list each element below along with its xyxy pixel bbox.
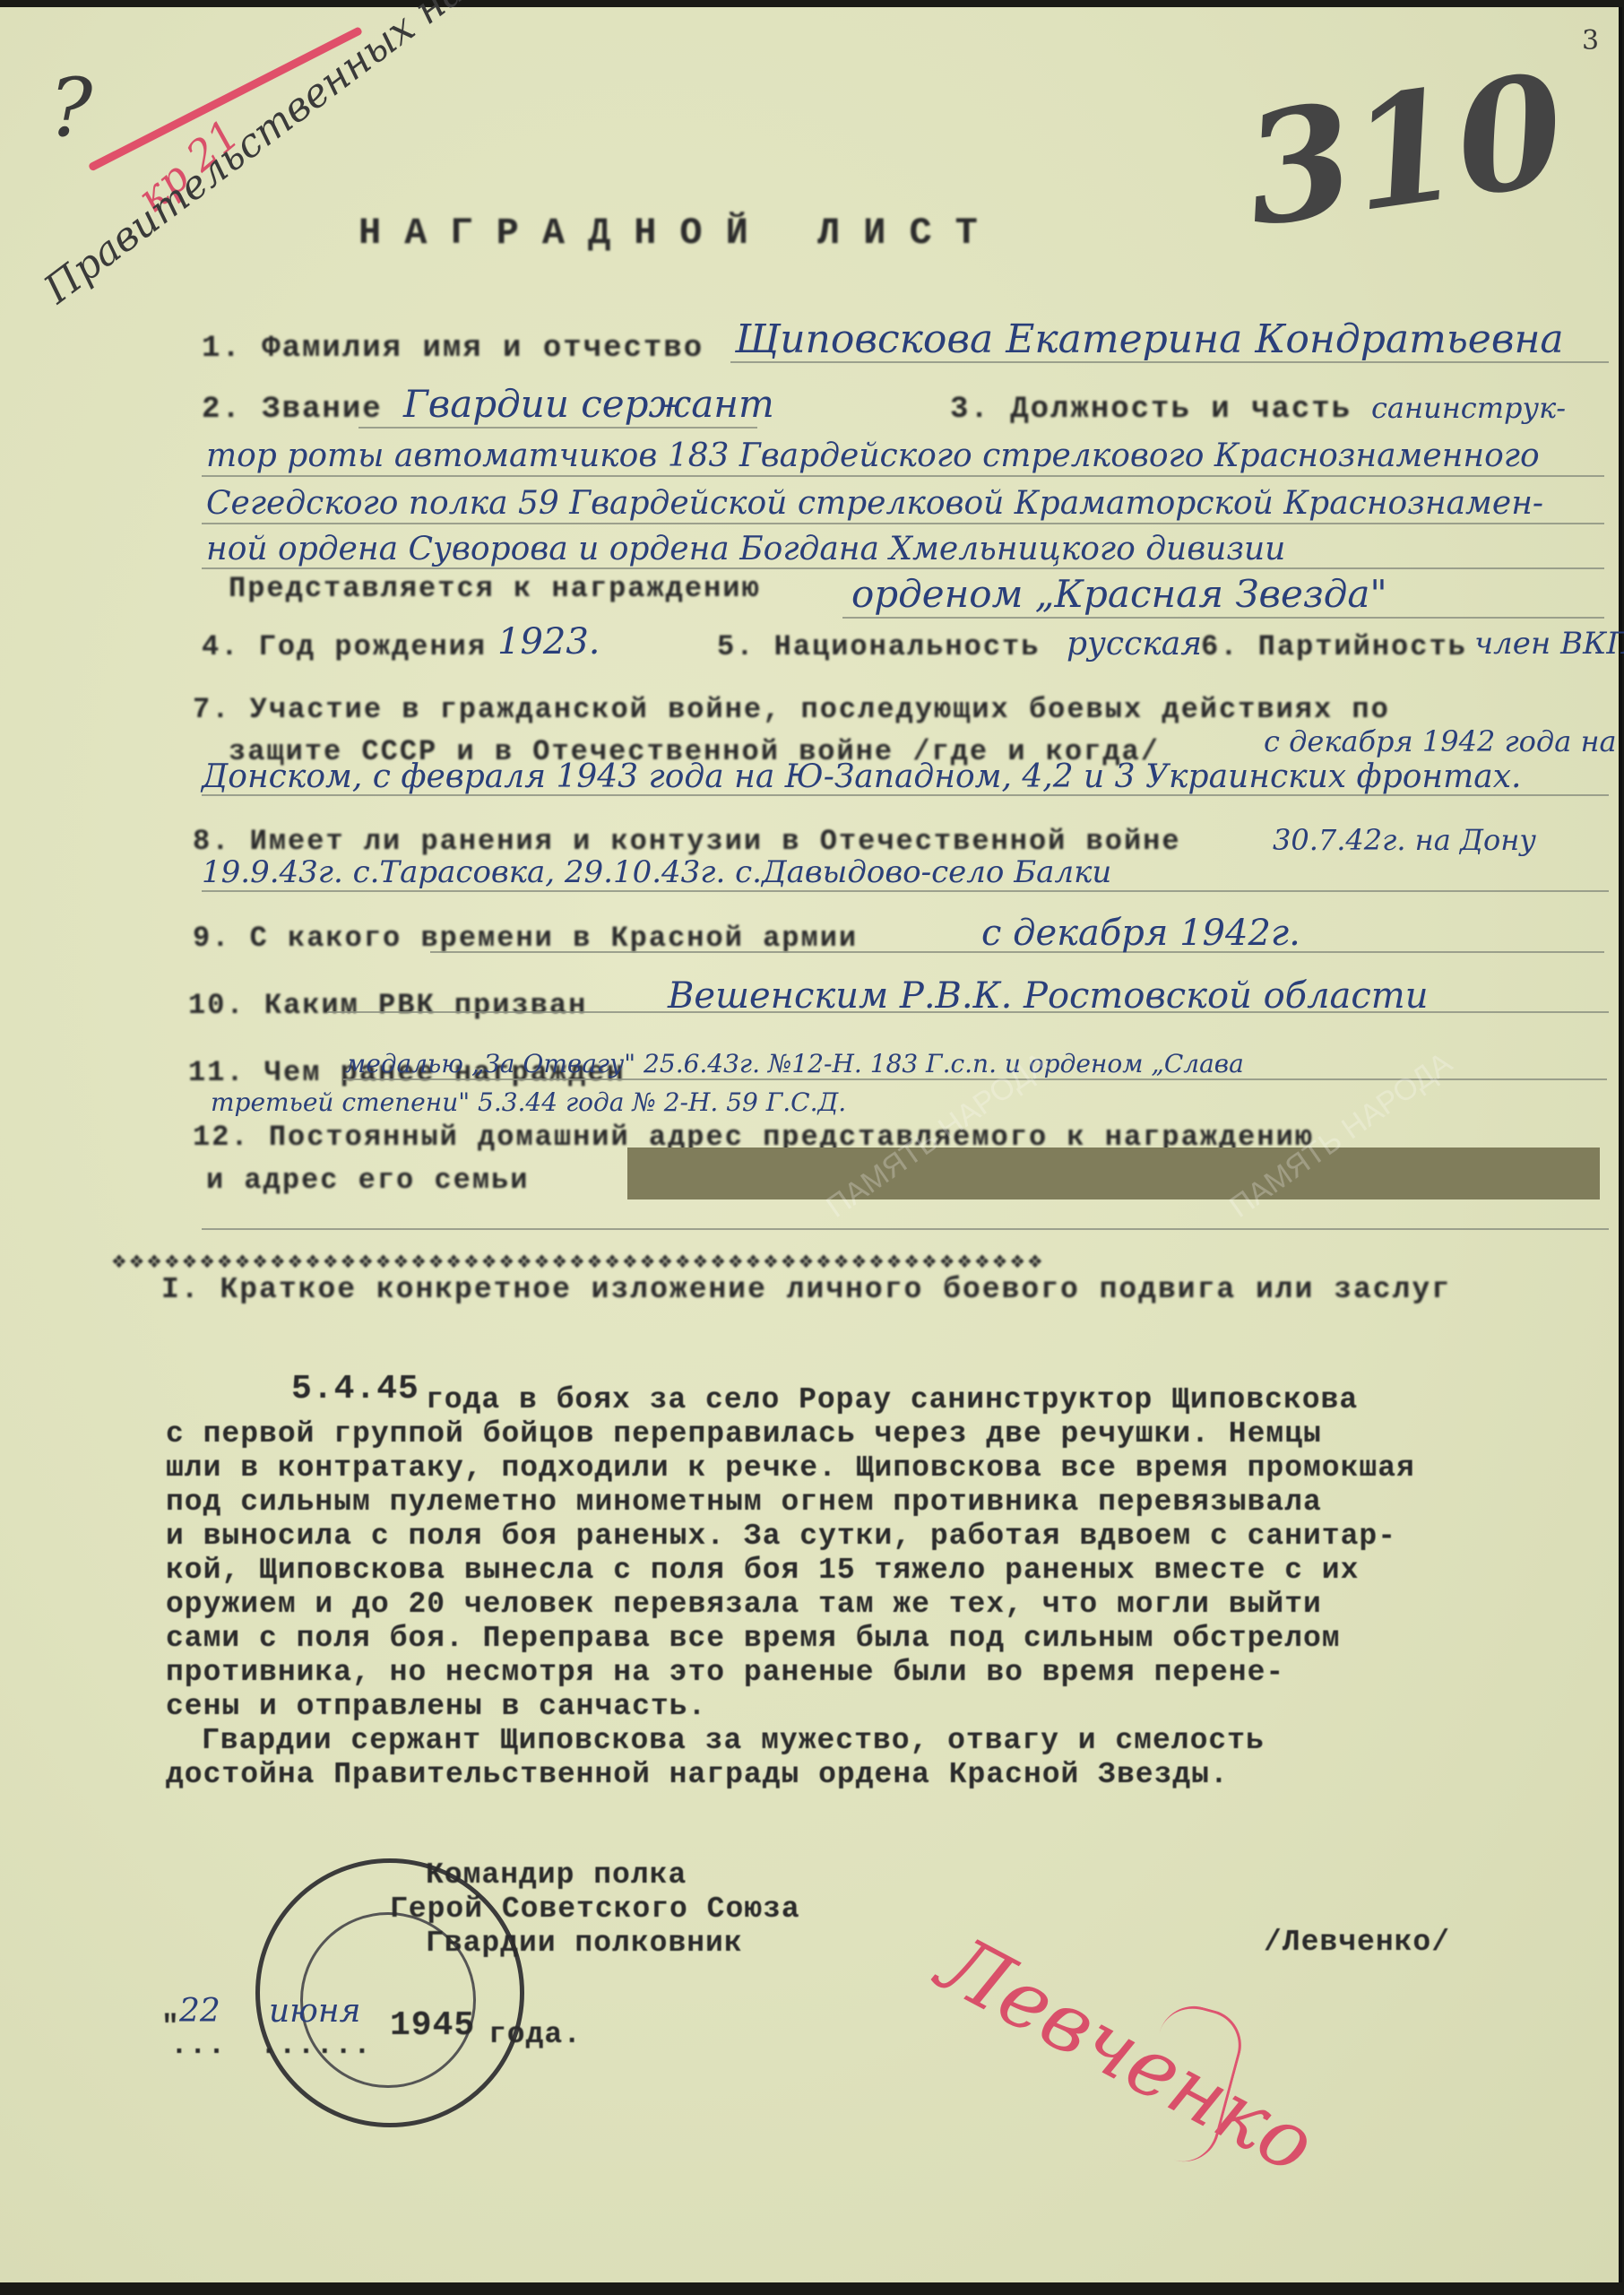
page-number: 3 <box>1582 25 1599 56</box>
signatory-name: /Левченко/ <box>1264 1926 1450 1959</box>
narrative-line: с первой группой бойцов переправилась че… <box>166 1417 1322 1451</box>
field-7-value-line-1: с декабря 1942 года на <box>1264 724 1617 758</box>
field-3-label: 3. Должность и часть <box>950 393 1352 427</box>
field-3-value-line-3: Сегедского полка 59 Гвардейской стрелков… <box>206 485 1543 522</box>
narrative-line: противника, но несмотря на это раненые б… <box>166 1656 1284 1689</box>
field-5-value: русская <box>1067 626 1202 663</box>
date-suffix: года. <box>488 2018 582 2051</box>
field-3-value-line-1: санинструк- <box>1371 391 1566 425</box>
field-7-label-line-1: 7. Участие в гражданской войне, последую… <box>193 693 1390 726</box>
field-4-label: 4. Год рождения <box>202 630 487 663</box>
field-10-value: Вешенским Р.В.К. Ростовской области <box>668 975 1428 1017</box>
date-dots-2: ...... <box>260 2029 372 2062</box>
narrative-line: оружием и до 20 человек перевязала там ж… <box>166 1588 1322 1621</box>
narrative-line: шли в контратаку, подходили к речке. Щип… <box>166 1451 1415 1485</box>
field-12-label-line-2: и адрес его семьи <box>206 1164 529 1197</box>
signatory-position-1: Командир полка <box>426 1858 687 1892</box>
narrative-line: года в боях за село Рорау санинструктор … <box>426 1383 1358 1416</box>
field-1-value: Щиповскова Екатерина Кондратьевна <box>735 316 1564 362</box>
field-11-value-line-1: медалью „За Отвагу" 25.6.43г. №12-Н. 183… <box>345 1049 1244 1078</box>
redacted-address <box>627 1147 1600 1199</box>
margin-question-mark: ? <box>49 61 92 155</box>
narrative-date: 5.4.45 <box>291 1370 419 1408</box>
field-8-value-line-2: 19.9.43г. с.Тарасовка, 29.10.43г. с.Давы… <box>202 854 1111 890</box>
field-10-label: 10. Каким РВК призван <box>188 989 587 1022</box>
field-7-value-line-2: Донском, с февраля 1943 года на Ю-Западн… <box>202 758 1521 795</box>
field-2-value: Гвардии сержант <box>403 382 774 426</box>
field-3-value-line-2: тор роты автоматчиков 183 Гвардейского с… <box>206 437 1540 474</box>
narrative-line: сами с поля боя. Переправа все время был… <box>166 1622 1341 1655</box>
date-dots-1: ... <box>170 2029 226 2062</box>
field-8-value-line-1: 30.7.42г. на Дону <box>1273 823 1536 857</box>
presented-for-label: Представляется к награждению <box>229 572 761 605</box>
field-4-value: 1923. <box>497 621 600 663</box>
narrative-line: сены и отправлены в санчасть. <box>166 1690 706 1723</box>
field-6-value: член ВКП(б). <box>1474 626 1624 662</box>
document-title: НАГРАДНОЙ ЛИСТ <box>358 212 1001 255</box>
signatory-position-2: Герой Советского Союза <box>390 1892 800 1926</box>
margin-note-pencil: Правительственных наград не имеет <box>36 0 721 313</box>
narrative-conclusion: Гвардии сержант Щиповскова за мужество, … <box>202 1724 1265 1757</box>
narrative-line: и выносила с поля боя раненых. За сутки,… <box>166 1520 1396 1553</box>
field-9-label: 9. С какого времени в Красной армии <box>193 922 858 955</box>
presented-for-value: орденом „Красная Звезда" <box>851 572 1387 616</box>
field-11-value-line-2: третьей степени" 5.3.44 года № 2-Н. 59 Г… <box>211 1087 846 1117</box>
date-month: июня <box>269 1993 360 2030</box>
narrative-conclusion: достойна Правительственной награды орден… <box>166 1758 1229 1791</box>
field-9-value: с декабря 1942г. <box>981 913 1300 954</box>
field-1-label: 1. Фамилия имя и отчество <box>202 332 704 366</box>
signatory-position-3: Гвардии полковник <box>426 1927 743 1960</box>
field-6-label: 6. Партийность <box>1201 630 1467 663</box>
field-8-label: 8. Имеет ли ранения и контузии в Отечест… <box>193 825 1181 858</box>
field-5-label: 5. Национальность <box>717 630 1040 663</box>
narrative-line: кой, Щиповскова вынесла с поля боя 15 тя… <box>166 1554 1359 1587</box>
narrative-line: под сильным пулеметно минометным огнем п… <box>166 1485 1322 1519</box>
date-day: 22 <box>179 1993 220 2030</box>
section-title: I. Краткое конкретное изложение личного … <box>161 1273 1451 1306</box>
field-3-value-line-4: ной ордена Суворова и ордена Богдана Хме… <box>206 531 1285 567</box>
date-year: 1945 <box>390 2006 475 2045</box>
award-sheet: ? кр 21 Правительственных наград не имее… <box>0 7 1622 2282</box>
pencil-number: 310 <box>1235 39 1575 261</box>
separator-dashes: ❖❖❖❖❖❖❖❖❖❖❖❖❖❖❖❖❖❖❖❖❖❖❖❖❖❖❖❖❖❖❖❖❖❖❖❖❖❖❖❖… <box>112 1247 1046 1275</box>
field-2-label: 2. Звание <box>202 393 383 427</box>
